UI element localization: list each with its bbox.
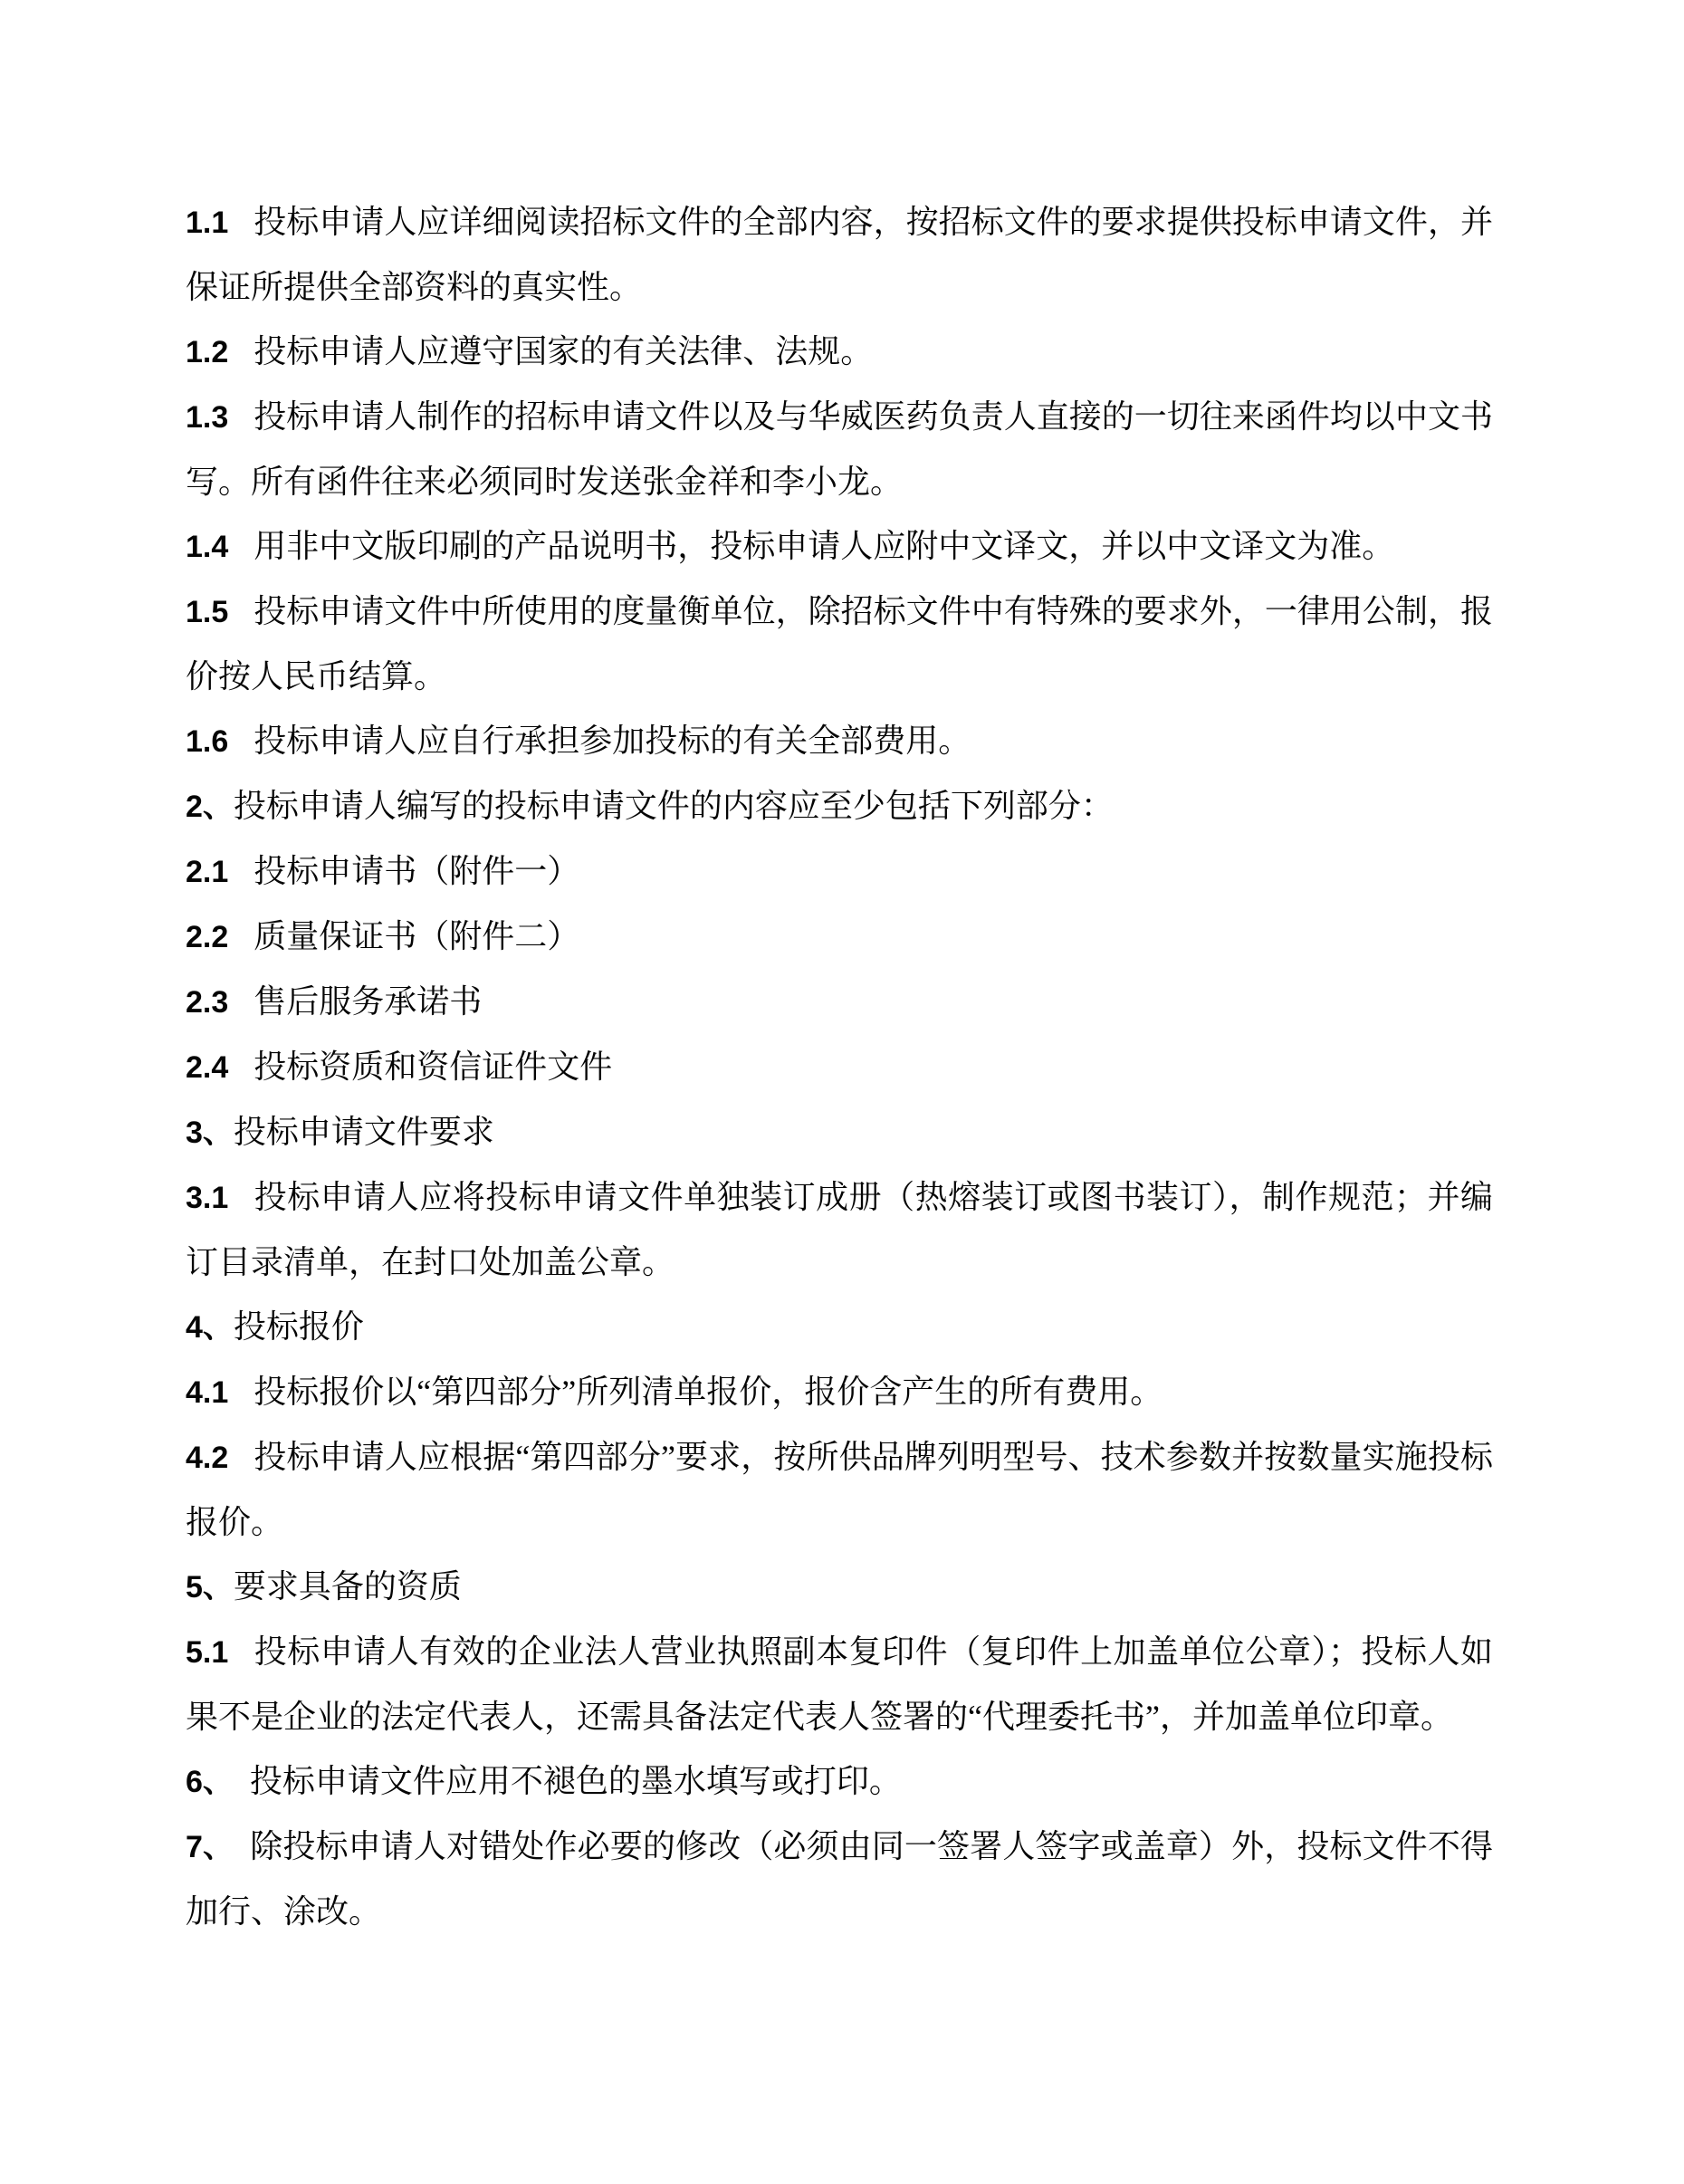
clause-text: 投标申请书（附件一） xyxy=(254,853,579,889)
clause-paragraph: 1.2投标申请人应遵守国家的有关法律、法规。 xyxy=(186,320,1493,385)
clause-paragraph: 2.4投标资质和资信证件文件 xyxy=(186,1035,1493,1100)
clause-text: 投标申请文件应用不褪色的墨水填写或打印。 xyxy=(234,1763,902,1799)
clause-text: 除投标申请人对错处作必要的修改（必须由同一签署人签字或盖章）外，投标文件不得加行… xyxy=(186,1828,1493,1930)
document-page: { "document": { "background_color": "#ff… xyxy=(0,0,1684,2184)
clause-text: 投标资质和资信证件文件 xyxy=(254,1049,612,1085)
clause-number: 1.3 xyxy=(186,400,228,435)
clause-paragraph: 2、投标申请人编写的投标申请文件的内容应至少包括下列部分： xyxy=(186,774,1493,839)
clause-paragraph: 2.2质量保证书（附件二） xyxy=(186,905,1493,970)
clause-text: 质量保证书（附件二） xyxy=(254,918,579,954)
clause-paragraph: 4、投标报价 xyxy=(186,1295,1493,1360)
clause-text: 投标申请人有效的企业法人营业执照副本复印件（复印件上加盖单位公章）；投标人如果不… xyxy=(186,1633,1493,1735)
clause-number: 3.1 xyxy=(186,1181,228,1215)
clause-paragraph: 1.3投标申请人制作的招标申请文件以及与华威医药负责人直接的一切往来函件均以中文… xyxy=(186,385,1493,514)
clause-text: 投标报价 xyxy=(234,1308,364,1345)
clause-text: 售后服务承诺书 xyxy=(254,983,482,1020)
clause-number: 5、 xyxy=(186,1570,234,1604)
clause-text: 投标申请人制作的招标申请文件以及与华威医药负责人直接的一切往来函件均以中文书写。… xyxy=(186,398,1493,500)
clause-number: 3、 xyxy=(186,1116,234,1150)
clause-paragraph: 2.1投标申请书（附件一） xyxy=(186,839,1493,905)
clause-number: 5.1 xyxy=(186,1635,228,1670)
clause-number: 2.4 xyxy=(186,1050,228,1085)
clause-number: 1.2 xyxy=(186,335,228,369)
clause-text: 要求具备的资质 xyxy=(234,1568,462,1604)
clause-paragraph: 5、要求具备的资质 xyxy=(186,1555,1493,1620)
clause-text: 投标申请人应自行承担参加投标的有关全部费用。 xyxy=(254,723,971,759)
clause-text: 投标申请人应将投标申请文件单独装订成册（热熔装订或图书装订），制作规范；并编订目… xyxy=(186,1179,1493,1280)
clause-paragraph: 3.1投标申请人应将投标申请文件单独装订成册（热熔装订或图书装订），制作规范；并… xyxy=(186,1165,1493,1295)
clause-number: 6、 xyxy=(186,1765,234,1799)
clause-number: 1.4 xyxy=(186,530,228,564)
clause-text: 投标申请文件要求 xyxy=(234,1114,494,1150)
clause-number: 2.3 xyxy=(186,985,228,1020)
clause-paragraph: 6、 投标申请文件应用不褪色的墨水填写或打印。 xyxy=(186,1749,1493,1815)
clause-paragraph: 4.1投标报价以“第四部分”所列清单报价，报价含产生的所有费用。 xyxy=(186,1360,1493,1425)
clause-number: 7、 xyxy=(186,1830,234,1864)
clause-paragraph: 7、 除投标申请人对错处作必要的修改（必须由同一签署人签字或盖章）外，投标文件不… xyxy=(186,1815,1493,1944)
clause-number: 1.5 xyxy=(186,595,228,629)
clause-paragraph: 1.5投标申请文件中所使用的度量衡单位，除招标文件中有特殊的要求外，一律用公制，… xyxy=(186,580,1493,709)
clause-paragraph: 4.2投标申请人应根据“第四部分”要求，按所供品牌列明型号、技术参数并按数量实施… xyxy=(186,1425,1493,1555)
clause-number: 2.2 xyxy=(186,920,228,954)
document-body: 1.1投标申请人应详细阅读招标文件的全部内容，按招标文件的要求提供投标申请文件，… xyxy=(186,190,1493,1944)
clause-paragraph: 1.1投标申请人应详细阅读招标文件的全部内容，按招标文件的要求提供投标申请文件，… xyxy=(186,190,1493,320)
clause-text: 投标报价以“第四部分”所列清单报价，报价含产生的所有费用。 xyxy=(254,1374,1163,1410)
clause-text: 投标申请文件中所使用的度量衡单位，除招标文件中有特殊的要求外，一律用公制，报价按… xyxy=(186,593,1493,694)
clause-number: 1.6 xyxy=(186,724,228,759)
clause-paragraph: 1.4用非中文版印刷的产品说明书，投标申请人应附中文译文，并以中文译文为准。 xyxy=(186,514,1493,580)
clause-number: 4.1 xyxy=(186,1375,228,1410)
clause-text: 投标申请人应根据“第四部分”要求，按所供品牌列明型号、技术参数并按数量实施投标报… xyxy=(186,1439,1493,1540)
clause-text: 投标申请人编写的投标申请文件的内容应至少包括下列部分： xyxy=(234,788,1114,824)
clause-number: 2、 xyxy=(186,790,234,824)
clause-paragraph: 2.3售后服务承诺书 xyxy=(186,970,1493,1035)
clause-text: 投标申请人应详细阅读招标文件的全部内容，按招标文件的要求提供投标申请文件，并保证… xyxy=(186,204,1493,305)
clause-number: 1.1 xyxy=(186,206,228,240)
clause-paragraph: 1.6投标申请人应自行承担参加投标的有关全部费用。 xyxy=(186,709,1493,774)
clause-paragraph: 5.1投标申请人有效的企业法人营业执照副本复印件（复印件上加盖单位公章）；投标人… xyxy=(186,1620,1493,1749)
clause-number: 2.1 xyxy=(186,855,228,889)
clause-text: 投标申请人应遵守国家的有关法律、法规。 xyxy=(254,333,873,369)
clause-text: 用非中文版印刷的产品说明书，投标申请人应附中文译文，并以中文译文为准。 xyxy=(254,528,1394,564)
clause-number: 4.2 xyxy=(186,1441,228,1475)
clause-paragraph: 3、投标申请文件要求 xyxy=(186,1100,1493,1165)
clause-number: 4、 xyxy=(186,1310,234,1345)
